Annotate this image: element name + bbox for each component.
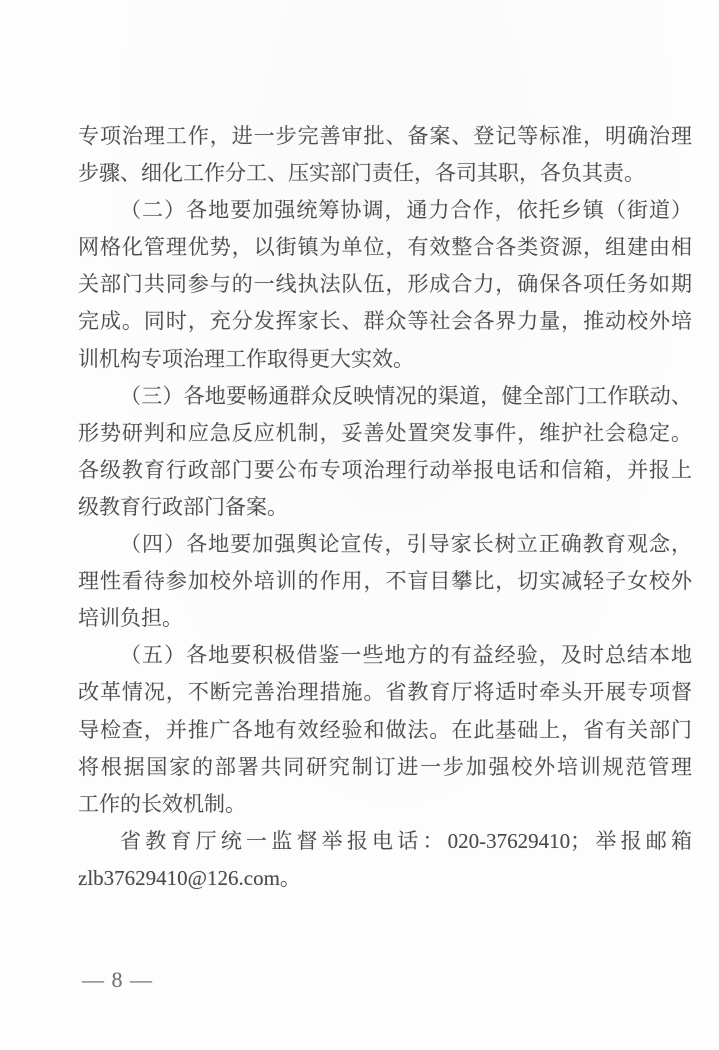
text-line: （四）各地要加强舆论宣传，引导家长树立正确教育观念， [78, 526, 692, 563]
text-line: 各级教育行政部门要公布专项治理行动举报电话和信箱，并报上 [78, 452, 692, 489]
text-line: 完成。同时，充分发挥家长、群众等社会各界力量，推动校外培 [78, 303, 692, 340]
text-line: 形势研判和应急反应机制，妥善处置突发事件，维护社会稳定。 [78, 415, 692, 452]
text-line: 培训负担。 [78, 600, 692, 637]
text-line: （五）各地要积极借鉴一些地方的有益经验，及时总结本地 [78, 637, 692, 674]
text-line: 关部门共同参与的一线执法队伍，形成合力，确保各项任务如期 [78, 266, 692, 303]
text-line: 省教育厅统一监督举报电话：020-37629410；举报邮箱 [78, 823, 692, 860]
text-line: 导检查，并推广各地有效经验和做法。在此基础上，省有关部门 [78, 712, 692, 749]
text-line: 网格化管理优势，以街镇为单位，有效整合各类资源，组建由相 [78, 229, 692, 266]
text-line: 将根据国家的部署共同研究制订进一步加强校外培训规范管理 [78, 749, 692, 786]
text-line: 改革情况，不断完善治理措施。省教育厅将适时牵头开展专项督 [78, 674, 692, 711]
document-body: 专项治理工作，进一步完善审批、备案、登记等标准，明确治理步骤、细化工作分工、压实… [78, 118, 692, 897]
text-line: 步骤、细化工作分工、压实部门责任，各司其职，各负其责。 [78, 155, 692, 192]
text-line: zlb37629410@126.com。 [78, 860, 692, 897]
text-line: （三）各地要畅通群众反映情况的渠道，健全部门工作联动、 [78, 378, 692, 415]
text-line: 训机构专项治理工作取得更大实效。 [78, 341, 692, 378]
text-line: 工作的长效机制。 [78, 786, 692, 823]
text-line: 理性看待参加校外培训的作用，不盲目攀比，切实减轻子女校外 [78, 563, 692, 600]
text-line: 级教育行政部门备案。 [78, 489, 692, 526]
page-number: — 8 — [82, 966, 153, 994]
text-line: （二）各地要加强统筹协调，通力合作，依托乡镇（街道） [78, 192, 692, 229]
text-line: 专项治理工作，进一步完善审批、备案、登记等标准，明确治理 [78, 118, 692, 155]
document-page: 专项治理工作，进一步完善审批、备案、登记等标准，明确治理步骤、细化工作分工、压实… [0, 0, 719, 1050]
